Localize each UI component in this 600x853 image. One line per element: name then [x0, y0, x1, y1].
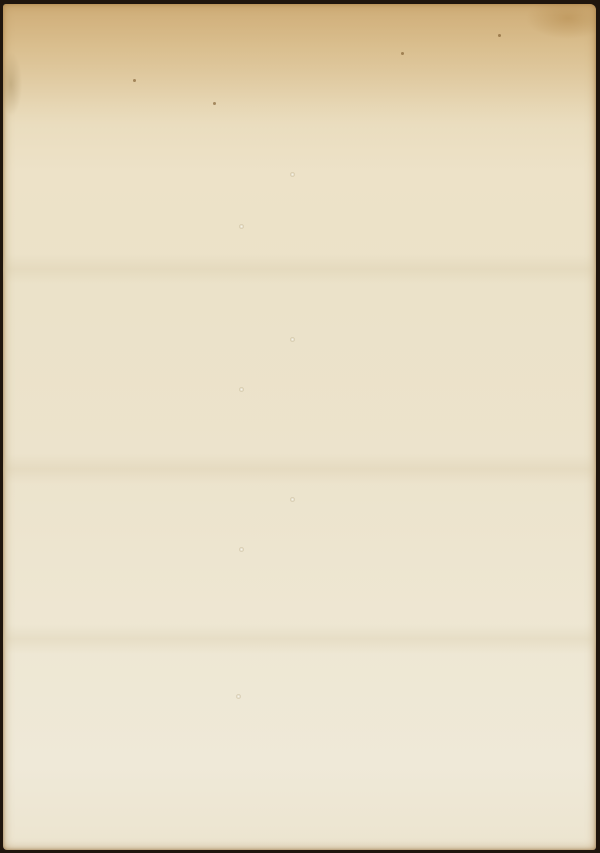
pin-hole — [236, 694, 241, 699]
top-edge-stain — [3, 4, 596, 124]
stain-speck — [133, 79, 136, 82]
pin-hole — [290, 337, 295, 342]
fold-band — [3, 254, 596, 284]
aged-paper-sheet — [3, 4, 596, 850]
fold-band — [3, 454, 596, 484]
pin-hole — [239, 224, 244, 229]
stain-speck — [498, 34, 501, 37]
fold-band — [3, 624, 596, 654]
pin-hole — [239, 547, 244, 552]
photo-frame — [0, 0, 600, 853]
pin-hole — [290, 497, 295, 502]
pin-hole — [239, 387, 244, 392]
stain-speck — [213, 102, 216, 105]
pin-hole — [290, 172, 295, 177]
stain-speck — [401, 52, 404, 55]
